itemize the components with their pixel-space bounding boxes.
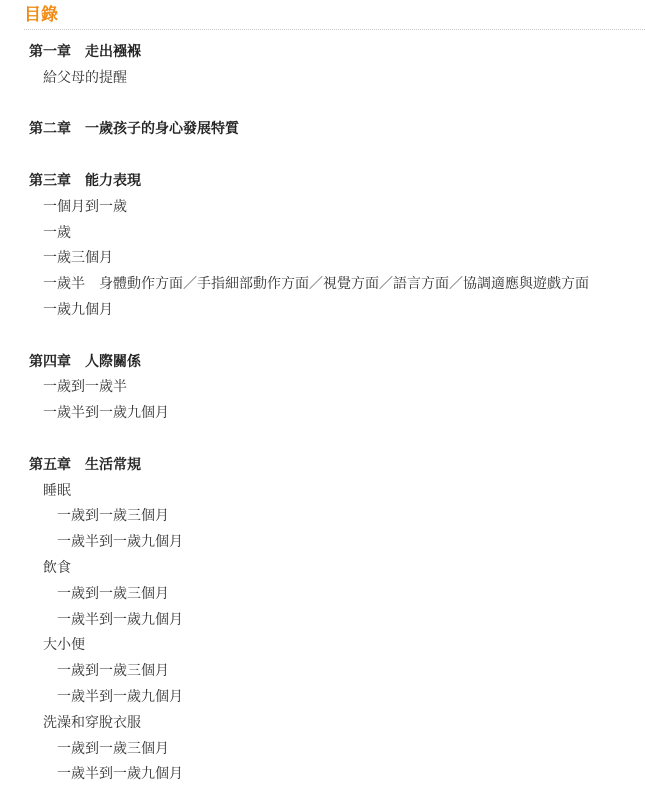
toc-subitem[interactable]: 一歲到一歲三個月 <box>0 504 645 530</box>
toc-item[interactable]: 一歲九個月 <box>0 298 645 324</box>
toc-item[interactable]: 一個月到一歲 <box>0 195 645 221</box>
spacer <box>0 92 645 118</box>
toc-section-toilet[interactable]: 大小便 <box>0 633 645 659</box>
toc-item[interactable]: 一歲 <box>0 221 645 247</box>
toc-subitem[interactable]: 一歲半到一歲九個月 <box>0 608 645 634</box>
toc-item[interactable]: 給父母的提醒 <box>0 66 645 92</box>
spacer <box>0 324 645 350</box>
chapter-3-heading[interactable]: 第三章 能力表現 <box>0 169 645 195</box>
toc-item[interactable]: 一歲到一歲半 <box>0 375 645 401</box>
chapter-2-heading[interactable]: 第二章 一歲孩子的身心發展特質 <box>0 117 645 143</box>
toc-subitem[interactable]: 一歲半到一歲九個月 <box>0 685 645 711</box>
spacer <box>0 427 645 453</box>
page-title: 目錄 <box>24 4 58 26</box>
toc-section-bathing-dressing[interactable]: 洗澡和穿脫衣服 <box>0 711 645 737</box>
spacer <box>0 143 645 169</box>
chapter-1-heading[interactable]: 第一章 走出襁褓 <box>0 40 645 66</box>
toc-subitem[interactable]: 一歲到一歲三個月 <box>0 659 645 685</box>
toc-subitem[interactable]: 一歲到一歲三個月 <box>0 582 645 608</box>
toc-subitem[interactable]: 一歲半到一歲九個月 <box>0 762 645 788</box>
toc-item[interactable]: 一歲半到一歲九個月 <box>0 401 645 427</box>
toc-subitem[interactable]: 一歲到一歲三個月 <box>0 737 645 763</box>
toc-subitem[interactable]: 一歲半到一歲九個月 <box>0 530 645 556</box>
toc-section-sleep[interactable]: 睡眠 <box>0 479 645 505</box>
chapter-5-heading[interactable]: 第五章 生活常規 <box>0 453 645 479</box>
toc-item[interactable]: 一歲半 身體動作方面／手指細部動作方面／視覺方面／語言方面／協調適應與遊戲方面 <box>0 272 645 298</box>
table-of-contents: 第一章 走出襁褓 給父母的提醒 第二章 一歲孩子的身心發展特質 第三章 能力表現… <box>0 40 645 788</box>
toc-item[interactable]: 一歲三個月 <box>0 246 645 272</box>
title-divider <box>24 29 645 30</box>
chapter-4-heading[interactable]: 第四章 人際關係 <box>0 350 645 376</box>
toc-section-diet[interactable]: 飲食 <box>0 556 645 582</box>
